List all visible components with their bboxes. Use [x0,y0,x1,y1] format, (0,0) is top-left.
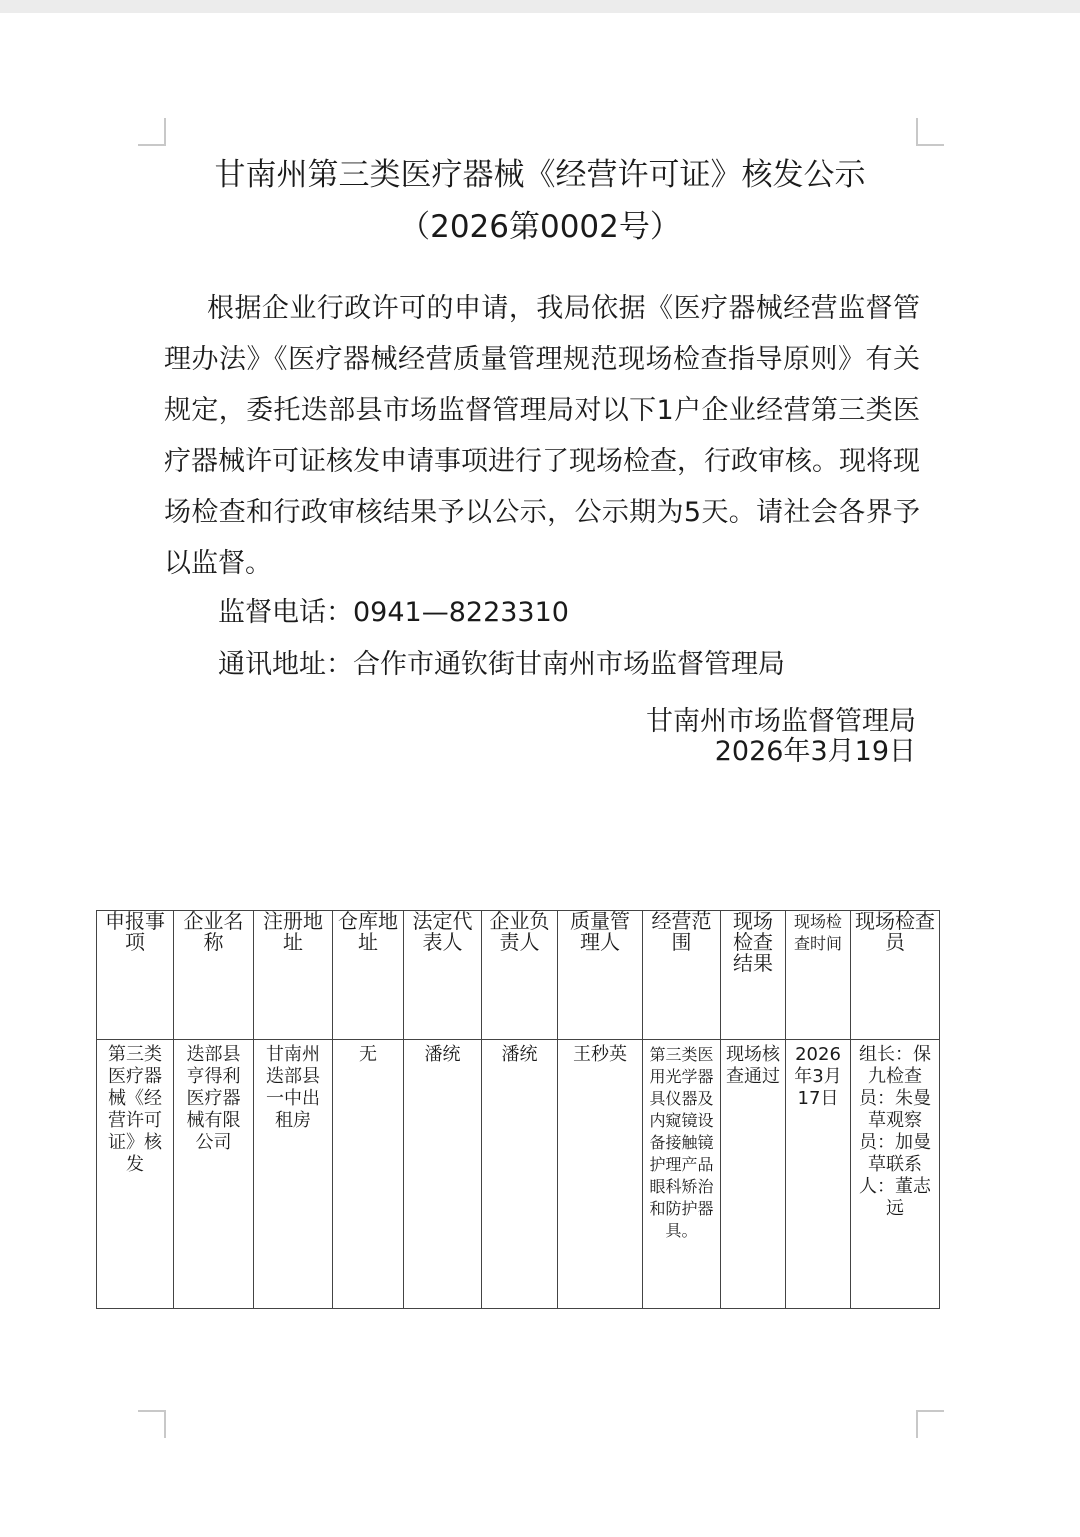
page-corner-mark [138,1410,166,1438]
document-number: （2026第0002号） [140,207,940,247]
body-paragraph: 根据企业行政许可的申请，我局依据《医疗器械经营监督管理办法》《医疗器械经营质量管… [164,283,920,589]
supervision-phone: 监督电话：0941—8223310 [218,593,569,633]
header-cell: 申报事项 [97,911,174,1040]
document-title: 甘南州第三类医疗器械《经营许可证》核发公示 [140,155,940,195]
signature-date: 2026年3月19日 [715,737,916,767]
header-cell: 质量管理人 [558,911,643,1040]
header-cell: 现场检查员 [851,911,940,1040]
page-corner-mark [916,118,944,146]
cell-registered-address: 甘南州迭部县一中出租房 [254,1040,333,1309]
cell-company-principal: 潘统 [482,1040,558,1309]
header-cell: 仓库地址 [333,911,404,1040]
header-cell: 现场检查时间 [786,911,851,1040]
cell-business-scope: 第三类医用光学器具仪器及内窥镜设备接触镜护理产品眼科矫治和防护器具。 [643,1040,721,1309]
cell-warehouse-address: 无 [333,1040,404,1309]
license-table: 申报事项 企业名称 注册地址 仓库地址 法定代表人 企业负责人 质量管理人 经营… [96,910,940,1309]
header-cell: 注册地址 [254,911,333,1040]
top-bar [0,0,1080,13]
header-cell: 现场检查结果 [721,911,786,1040]
header-cell: 企业负责人 [482,911,558,1040]
cell-inspectors: 组长：保九检查员：朱曼草观察员：加曼草联系人：董志远 [851,1040,940,1309]
table-header-row: 申报事项 企业名称 注册地址 仓库地址 法定代表人 企业负责人 质量管理人 经营… [97,911,940,1040]
cell-inspection-result: 现场核查通过 [721,1040,786,1309]
signature-org: 甘南州市场监督管理局 [646,707,916,737]
cell-application-item: 第三类医疗器械《经营许可证》核发 [97,1040,174,1309]
cell-quality-manager: 王秒英 [558,1040,643,1309]
header-cell: 经营范围 [643,911,721,1040]
header-cell: 企业名称 [174,911,254,1040]
header-cell: 法定代表人 [404,911,482,1040]
cell-inspection-date: 2026年3月17日 [786,1040,851,1309]
table-row: 第三类医疗器械《经营许可证》核发 迭部县亨得利医疗器械有限公司 甘南州迭部县一中… [97,1040,940,1309]
page-corner-mark [916,1410,944,1438]
cell-company-name: 迭部县亨得利医疗器械有限公司 [174,1040,254,1309]
cell-legal-representative: 潘统 [404,1040,482,1309]
mailing-address: 通讯地址：合作市通钦街甘南州市场监督管理局 [218,645,785,685]
page-corner-mark [138,118,166,146]
